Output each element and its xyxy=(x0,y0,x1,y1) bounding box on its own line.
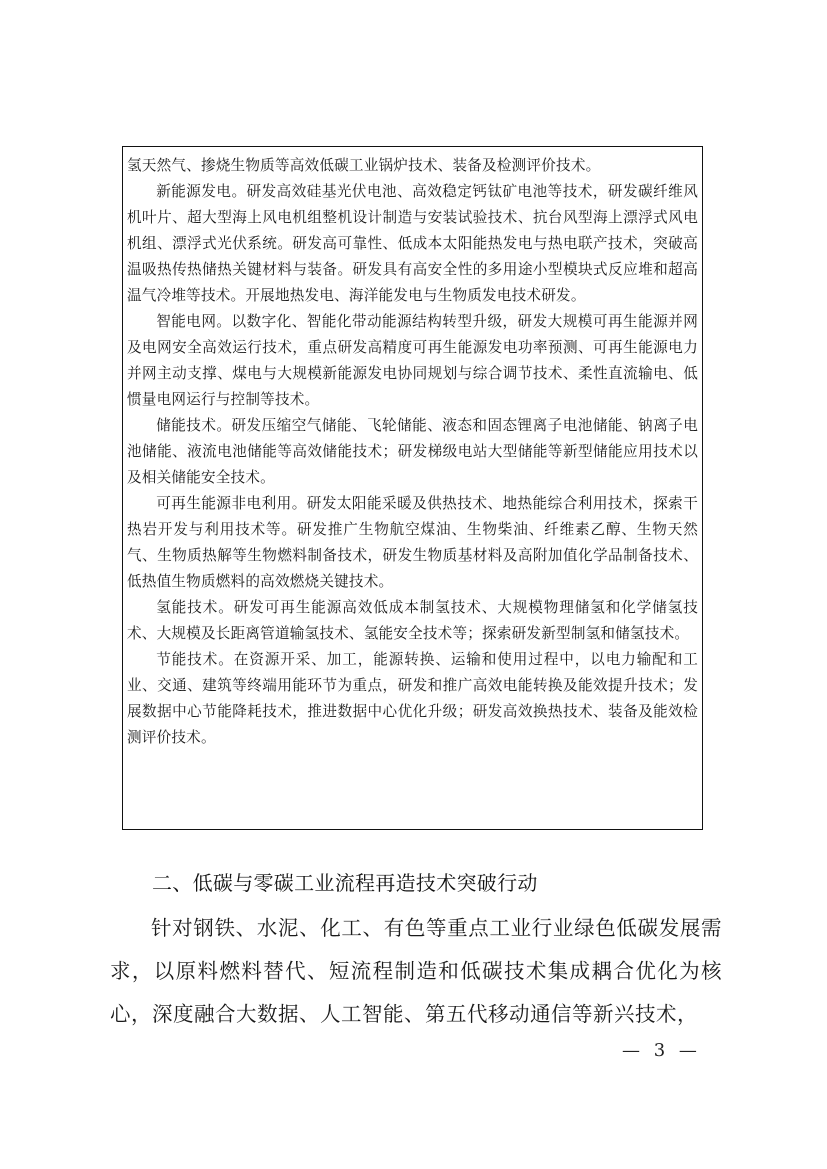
section-body: 针对钢铁、水泥、化工、有色等重点工业行业绿色低碳发展需求，以原料燃料替代、短流程… xyxy=(110,907,722,1036)
page-number: — 3 — xyxy=(622,1040,701,1061)
box-paragraph-new-energy-power: 新能源发电。研发高效硅基光伏电池、高效稳定钙钛矿电池等技术，研发碳纤维风机叶片、… xyxy=(127,179,698,309)
section-body-paragraph: 针对钢铁、水泥、化工、有色等重点工业行业绿色低碳发展需求，以原料燃料替代、短流程… xyxy=(110,907,722,1036)
section-heading: 二、低碳与零碳工业流程再造技术突破行动 xyxy=(152,867,538,896)
box-paragraph-renewable-non-electric: 可再生能源非电利用。研发太阳能采暖及供热技术、地热能综合利用技术，探索干热岩开发… xyxy=(127,491,698,595)
box-paragraph-energy-storage: 储能技术。研发压缩空气储能、飞轮储能、液态和固态锂离子电池储能、钠离子电池储能、… xyxy=(127,413,698,491)
boxed-text-panel: 氢天然气、掺烧生物质等高效低碳工业锅炉技术、装备及检测评价技术。 新能源发电。研… xyxy=(122,146,703,830)
box-paragraph-hydrogen: 氢能技术。研发可再生能源高效低成本制氢技术、大规模物理储氢和化学储氢技术、大规模… xyxy=(127,595,698,647)
box-paragraph-energy-saving: 节能技术。在资源开采、加工，能源转换、运输和使用过程中，以电力输配和工业、交通、… xyxy=(127,647,698,751)
box-paragraph-continuation: 氢天然气、掺烧生物质等高效低碳工业锅炉技术、装备及检测评价技术。 xyxy=(127,153,698,179)
box-paragraph-smart-grid: 智能电网。以数字化、智能化带动能源结构转型升级，研发大规模可再生能源并网及电网安… xyxy=(127,309,698,413)
